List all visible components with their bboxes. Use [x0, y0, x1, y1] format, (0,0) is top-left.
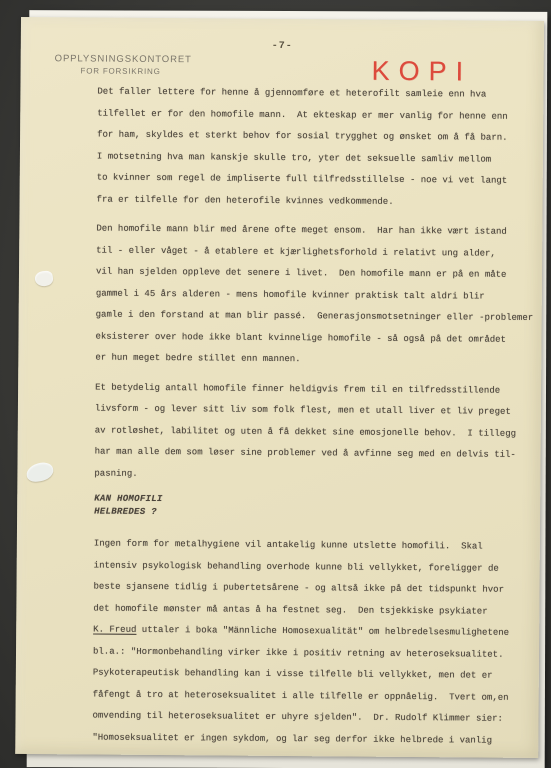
author-name-underlined: K. Freud	[93, 625, 136, 635]
hole-punch-bottom	[25, 461, 55, 483]
letterhead-department: FOR FORSIKRING	[55, 65, 187, 77]
paragraph-4: Ingen form for metalhygiene vil antakeli…	[92, 534, 546, 753]
page-number: -7-	[21, 39, 544, 54]
letterhead: OPPLYSNINGSKONTORET FOR FORSIKRING	[55, 53, 187, 77]
hole-punch-top	[34, 270, 54, 287]
document-page: -7- OPPLYSNINGSKONTORET FOR FORSIKRING K…	[15, 17, 544, 758]
document-body: Det faller lettere for henne å gjennomfø…	[92, 82, 549, 753]
paragraph-1: Det faller lettere for henne å gjennomfø…	[96, 82, 549, 215]
scanned-document-background: -7- OPPLYSNINGSKONTORET FOR FORSIKRING K…	[0, 0, 551, 768]
letterhead-organization: OPPLYSNINGSKONTORET	[55, 53, 187, 66]
paragraph-3: Et betydelig antall homofile finner held…	[94, 377, 547, 488]
paragraph-2: Den homofile mann blir med årene ofte me…	[95, 219, 548, 373]
section-heading: KAN HOMOFILI HELBREDES ?	[94, 493, 546, 523]
paragraph-4-text-before: Ingen form for metalhygiene vil antakeli…	[93, 539, 504, 617]
copy-stamp: KOPI	[371, 56, 472, 88]
paragraph-4-text-after: uttaler i boka "Männliche Homosexualität…	[92, 625, 509, 745]
